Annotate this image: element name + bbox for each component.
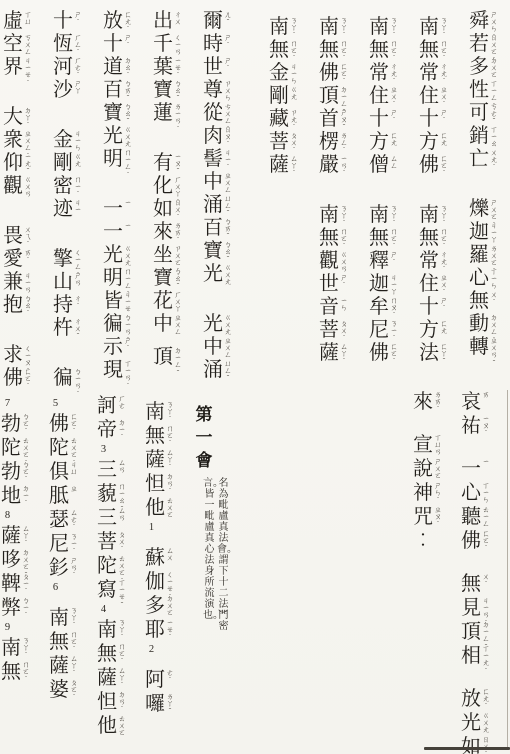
text-column: 十ㄕˊ恆ㄏㄥˊ河ㄏㄜˊ沙ㄕㄚ金ㄐㄧㄣ剛ㄍㄤ密ㄇㄧˋ迹ㄐㄧ擎ㄑㄧㄥˊ山ㄕㄢ持ㄔˊ杵…: [52, 10, 82, 390]
han-char: 頂: [152, 346, 174, 369]
han-char: 南: [368, 204, 390, 227]
han-char: 宣: [412, 433, 434, 457]
char-cell: 蘇ㄙㄨ: [144, 546, 174, 570]
char-cell: 怛ㄉㄢˋ: [96, 690, 126, 714]
han-char: 杵: [52, 317, 74, 340]
han-char: 轉: [468, 336, 490, 359]
han-char: 耶: [144, 618, 166, 642]
zhuyin-annotation: ㄍㄨㄢ: [24, 176, 33, 198]
char-cell: 轉ㄓㄨㄢˇ: [468, 336, 498, 359]
han-char: 持: [52, 294, 74, 317]
char-cell: 三ㄙㄢ: [96, 458, 126, 482]
char-cell: 訶ㄏㄜ: [96, 394, 126, 418]
phrase-gap: [412, 414, 442, 433]
char-cell: 銷ㄒㄧㄠ: [468, 125, 498, 148]
text-column: 南ㄋㄚˊ無ㄇㄛˊ薩ㄙㄚˋ怛ㄉㄢˋ他ㄊㄨㄛ1蘇ㄙㄨ伽ㄑㄧㄝˊ多ㄉㄨㄛ耶ㄧㄝˊ2阿ㄜ…: [144, 390, 174, 716]
zhuyin-annotation: ㄧㄢˊ: [340, 155, 349, 177]
han-char: 衆: [2, 129, 24, 152]
text-column: 南ㄋㄚˊ無ㄇㄛˊ常ㄔㄤˊ住ㄓㄨˋ十ㄕˊ方ㄈㄤ僧ㄙㄥ南ㄋㄚˊ無ㄇㄛˊ釋ㄕˋ迦ㄐㄧㄚ…: [368, 10, 398, 365]
han-char: 擎: [52, 248, 74, 271]
char-cell: 徧ㄅㄧㄢˋ: [102, 313, 132, 336]
zhuyin-annotation: ㄇㄛˊ: [290, 40, 299, 62]
char-cell: 明ㄇㄧㄥˊ: [102, 148, 132, 171]
han-char: 中: [202, 336, 224, 359]
char-cell: 界ㄐㄧㄝˋ: [2, 56, 32, 79]
zhuyin-annotation: ㄆㄨˊ: [118, 531, 127, 553]
char-cell: 哆ㄉㄨㄛˇ: [0, 548, 30, 572]
zhuyin-annotation: ㄐㄧㄣ: [290, 63, 299, 85]
han-char: 薩: [268, 154, 290, 177]
han-char: 金: [52, 129, 74, 152]
han-char: 菩: [318, 319, 340, 342]
zhuyin-annotation: ㄋㄚˊ: [118, 619, 127, 641]
char-cell: 中ㄓㄨㄥ: [202, 336, 232, 359]
char-cell: 南ㄋㄚˊ: [318, 16, 348, 39]
zhuyin-annotation: ㄕˊ: [74, 11, 83, 25]
char-cell: 若ㄖㄨㄛˋ: [468, 33, 498, 56]
char-cell: 觀ㄍㄨㄢ: [2, 175, 32, 198]
han-char: 出: [152, 10, 174, 33]
zhuyin-annotation: ㄌㄥˊ: [340, 132, 349, 154]
char-cell: 寶ㄅㄠˇ: [152, 267, 182, 290]
char-cell: 十ㄕˊ: [418, 296, 448, 319]
han-char: 勃: [0, 412, 22, 436]
han-char: 尊: [202, 79, 224, 102]
han-char: 大: [2, 106, 24, 129]
char-cell: 羅ㄌㄨㄛˊ: [468, 244, 498, 267]
char-cell: 光ㄍㄨㄤ: [202, 313, 232, 336]
char-cell: 阿ㄜˋ: [144, 668, 174, 692]
han-char: 神: [412, 481, 434, 505]
zhuyin-annotation: ㄉㄠˋ: [124, 57, 133, 79]
han-char: 南: [318, 204, 340, 227]
char-cell: 大ㄉㄚˋ: [2, 106, 32, 129]
char-cell: 囉ㄌㄚˇ: [144, 692, 174, 716]
char-cell: 仰ㄧㄤˇ: [2, 152, 32, 175]
char-cell: 寶ㄅㄠˇ: [202, 240, 232, 263]
zhuyin-annotation: ㄧㄝˊ: [166, 619, 175, 641]
han-char: ︰: [412, 529, 434, 553]
commentary-note-column: 言。皆一毗盧真心法身所流演也。︶: [203, 478, 216, 632]
char-cell: 藐ㄇㄧㄠˇ: [96, 482, 126, 506]
zhuyin-annotation: ㄋㄚˊ: [166, 401, 175, 423]
char-cell: 釤ㄕㄢˋ: [48, 556, 78, 580]
han-char: 無: [418, 227, 440, 250]
text-column: 南ㄋㄚˊ無ㄇㄛˊ金ㄐㄧㄣ剛ㄍㄤ藏ㄗㄤˋ菩ㄆㄨˊ薩ㄙㄚˋ: [268, 10, 298, 177]
han-char: 無: [96, 642, 118, 666]
zhuyin-annotation: ㄅㄠˇ: [174, 80, 183, 102]
char-cell: 多ㄉㄨㄛ: [468, 56, 498, 79]
han-char: 爾: [202, 10, 224, 33]
zhuyin-annotation: ㄆㄧˊ: [22, 573, 31, 595]
text-column: 訶ㄏㄜ帝ㄉㄧˋ3三ㄙㄢ藐ㄇㄧㄠˇ三ㄙㄢ菩ㄆㄨˊ陀ㄊㄨㄛˊ寫ㄒㄧㄝˇ4南ㄋㄚˊ無ㄇ…: [96, 390, 126, 738]
char-cell: 寶ㄅㄠˇ: [152, 79, 182, 102]
mantra-phrase-number: 1: [144, 520, 166, 536]
char-cell: 求ㄑㄧㄡˊ: [2, 344, 32, 367]
han-char: 方: [368, 131, 390, 154]
zhuyin-annotation: ㄅㄧˋ: [22, 597, 31, 619]
han-char: 頂: [460, 620, 482, 644]
zhuyin-annotation: ㄒㄧㄤˋ: [482, 645, 491, 674]
han-char: 兼: [2, 271, 24, 294]
han-char: 無: [468, 290, 490, 313]
char-cell: 世ㄕˋ: [318, 273, 348, 296]
char-cell: 百ㄅㄞˇ: [202, 217, 232, 240]
char-cell: 無ㄇㄛˊ: [418, 227, 448, 250]
zhuyin-annotation: ㄒㄩㄢ: [434, 434, 443, 456]
zhuyin-annotation: ㄉㄧˋ: [118, 419, 127, 441]
han-char: 佛: [368, 342, 390, 365]
char-cell: 放ㄈㄤˋ: [460, 687, 490, 711]
han-char: 一: [102, 221, 124, 244]
phrase-gap: [144, 390, 174, 400]
char-cell: 動ㄉㄨㄥˋ: [468, 313, 498, 336]
zhuyin-annotation: ㄙㄢ: [118, 507, 127, 521]
char-cell: 一ㄧ: [460, 457, 490, 481]
char-cell: 菩ㄆㄨˊ: [268, 131, 298, 154]
zhuyin-annotation: ㄈㄛˊ: [390, 343, 399, 365]
char-cell: 畏ㄨㄟˋ: [2, 225, 32, 248]
han-char: 從: [202, 102, 224, 125]
zhuyin-annotation: ㄗㄤˋ: [290, 109, 299, 131]
zhuyin-annotation: ㄋㄚˊ: [440, 205, 449, 227]
char-cell: 觀ㄍㄨㄢ: [318, 250, 348, 273]
han-char: 南: [48, 606, 70, 630]
zhuyin-annotation: ㄕㄢˋ: [70, 557, 79, 579]
han-char: 時: [202, 33, 224, 56]
char-cell: 涌ㄩㄥˇ: [202, 359, 232, 382]
han-char: 哆: [0, 548, 22, 572]
han-char: 十: [418, 108, 440, 131]
zhuyin-annotation: ㄆㄨˊ: [290, 132, 299, 154]
char-cell: 坐ㄗㄨㄛˋ: [152, 244, 182, 267]
zhuyin-annotation: ㄓㄨˋ: [440, 86, 449, 108]
han-char: 無: [460, 572, 482, 596]
zhuyin-annotation: ㄍㄨㄤ: [482, 712, 491, 734]
han-char: 音: [318, 296, 340, 319]
char-cell: 住ㄓㄨˋ: [368, 85, 398, 108]
zhuyin-annotation: ㄓㄨㄢˇ: [490, 337, 499, 366]
char-cell: 無ㄇㄛˊ: [418, 39, 448, 62]
char-cell: 薩ㄙㄚˋ: [96, 666, 126, 690]
section-header-char: 第: [192, 404, 216, 427]
zhuyin-annotation: ㄊㄨㄛ: [118, 715, 127, 737]
han-char: 住: [368, 85, 390, 108]
phrase-gap: [144, 658, 174, 668]
phrase-gap: [192, 390, 230, 404]
char-cell: 住ㄓㄨˋ: [418, 273, 448, 296]
phrase-gap: [460, 553, 490, 572]
zhuyin-annotation: ㄧ: [124, 199, 133, 206]
char-cell: 菩ㄆㄨˊ: [96, 530, 126, 554]
char-cell: 無ㄇㄛˊ: [268, 39, 298, 62]
zhuyin-annotation: ㄙㄚˋ: [70, 655, 79, 677]
zhuyin-annotation: ㄕㄚ: [74, 80, 83, 94]
han-char: 剛: [268, 85, 290, 108]
han-char: 多: [468, 56, 490, 79]
zhuyin-annotation: ㄍㄨㄤ: [124, 245, 133, 267]
han-char: 勃: [0, 460, 22, 484]
char-cell: 如ㄖㄨˊ: [460, 735, 490, 754]
han-char: 南: [418, 204, 440, 227]
char-cell: 光ㄍㄨㄤ: [102, 125, 132, 148]
zhuyin-annotation: ㄔㄤˊ: [440, 251, 449, 273]
char-cell: 婆ㄆㄛˊ: [48, 678, 78, 702]
char-cell: 道ㄉㄠˋ: [102, 56, 132, 79]
char-cell: 弊ㄅㄧˋ: [0, 596, 30, 620]
char-cell: 無ㄇㄛˊ: [48, 630, 78, 654]
char-cell: 南ㄋㄚˊ: [368, 204, 398, 227]
zhuyin-annotation: ㄕˋ: [390, 251, 399, 265]
han-char: 藏: [268, 108, 290, 131]
zhuyin-annotation: ㄏㄨㄚ: [174, 291, 183, 313]
phrase-gap: [48, 596, 78, 606]
char-cell: 常ㄔㄤˊ: [368, 62, 398, 85]
phrase-gap: [418, 177, 448, 204]
zhuyin-annotation: ㄇㄛˊ: [390, 40, 399, 62]
char-cell: 無ㄨˊ: [460, 572, 490, 596]
phrase-gap: [52, 340, 82, 367]
zhuyin-annotation: ㄒㄧㄣ: [482, 482, 491, 504]
han-char: 金: [268, 62, 290, 85]
zhuyin-annotation: ㄏㄜˊ: [74, 57, 83, 79]
char-cell: 三ㄙㄢ: [96, 506, 126, 530]
text-column: 南ㄋㄚˊ無ㄇㄛˊ常ㄔㄤˊ住ㄓㄨˋ十ㄕˊ方ㄈㄤ佛ㄈㄛˊ南ㄋㄚˊ無ㄇㄛˊ常ㄔㄤˊ住ㄓ…: [418, 10, 448, 365]
char-cell: 空ㄎㄨㄥ: [2, 33, 32, 56]
zhuyin-annotation: ㄕㄨㄛ: [434, 458, 443, 480]
char-cell: 藏ㄗㄤˋ: [268, 108, 298, 131]
char-cell: 帝ㄉㄧˋ: [96, 418, 126, 442]
char-cell: 山ㄕㄢ: [52, 271, 82, 294]
char-cell: 心ㄒㄧㄣ: [460, 481, 490, 505]
char-cell: 兼ㄐㄧㄢ: [2, 271, 32, 294]
char-cell: 神ㄕㄣˊ: [412, 481, 442, 505]
sutra-page: 舜ㄕㄨㄣˋ若ㄖㄨㄛˋ多ㄉㄨㄛ性ㄒㄧㄥˋ可ㄎㄜˇ銷ㄒㄧㄠ亡ㄨㄤˊ爍ㄕㄨㄛˋ迦ㄐㄧㄚ…: [0, 0, 510, 754]
commentary-note-column: 名為毗盧真法會。謂下十二法門密: [217, 478, 230, 632]
char-cell: 光ㄍㄨㄤ: [202, 263, 232, 286]
zhuyin-annotation: ㄐㄧㄢ: [24, 272, 33, 294]
han-char: 河: [52, 56, 74, 79]
zhuyin-annotation: ㄌㄞˊ: [174, 222, 183, 244]
char-cell: 南ㄋㄚˊ: [418, 204, 448, 227]
zhuyin-annotation: ㄈㄚˇ: [440, 343, 449, 365]
zhuyin-annotation: ㄧ: [482, 458, 491, 465]
han-char: 觀: [318, 250, 340, 273]
han-char: 亡: [468, 148, 490, 171]
han-char: 沙: [52, 79, 74, 102]
char-cell: 來ㄌㄞˊ: [412, 390, 442, 414]
char-cell: 持ㄔˊ: [52, 294, 82, 317]
text-column: 出ㄔㄨ千ㄑㄧㄢ葉ㄧㄝˋ寶ㄅㄠˇ蓮ㄌㄧㄢˊ有ㄧㄡˇ化ㄏㄨㄚˋ如ㄖㄨˊ來ㄌㄞˊ坐ㄗㄨ…: [152, 10, 182, 369]
zhuyin-annotation: ㄈㄤˋ: [124, 11, 133, 33]
zhuyin-annotation: ㄋㄚˊ: [22, 637, 31, 659]
zhuyin-annotation: ㄓㄨㄥ: [174, 314, 183, 336]
zhuyin-annotation: ㄨˊ: [490, 291, 499, 305]
mantra-phrase-number: 2: [144, 642, 166, 658]
char-cell: 迦ㄐㄧㄚ: [368, 273, 398, 296]
han-char: 薩: [96, 666, 118, 690]
zhuyin-annotation: ㄧㄡˋ: [482, 415, 491, 437]
han-char: 薩: [48, 654, 70, 678]
zhuyin-annotation: ㄉㄢˋ: [118, 691, 127, 713]
zhuyin-annotation: ㄙㄚˋ: [340, 343, 349, 365]
zhuyin-annotation: ㄕˋ: [340, 274, 349, 288]
zhuyin-annotation: ㄞˋ: [24, 249, 33, 263]
han-char: 心: [468, 267, 490, 290]
char-cell: 虛ㄒㄩ: [2, 10, 32, 33]
han-char: 羅: [468, 244, 490, 267]
han-char: 常: [418, 250, 440, 273]
char-cell: 勃ㄅㄛˊ: [0, 460, 30, 484]
han-char: 光: [102, 244, 124, 267]
han-char: 祐: [460, 414, 482, 438]
char-cell: 薩ㄙㄚˋ: [268, 154, 298, 177]
zhuyin-annotation: ㄉㄨㄛ: [490, 57, 499, 79]
char-cell: 無ㄇㄛˊ: [144, 424, 174, 448]
text-column: 南ㄋㄚˊ無ㄇㄛˊ佛ㄈㄛˊ頂ㄉㄧㄥˇ首ㄕㄡˇ楞ㄌㄥˊ嚴ㄧㄢˊ南ㄋㄚˊ無ㄇㄛˊ觀ㄍㄨ…: [318, 10, 348, 365]
char-cell: 光ㄍㄨㄤ: [460, 711, 490, 735]
text-column: 爾ㄦˇ時ㄕˊ世ㄕˋ尊ㄗㄨㄣ從ㄘㄨㄥˊ肉ㄖㄡˋ髻ㄐㄧˋ中ㄓㄨㄥ涌ㄩㄥˇ百ㄅㄞˇ寶ㄅ…: [202, 10, 232, 382]
char-cell: 中ㄓㄨㄥ: [152, 313, 182, 336]
zhuyin-annotation: ㄐㄧㄚ: [390, 274, 399, 296]
char-cell: 河ㄏㄜˊ: [52, 56, 82, 79]
han-char: 南: [268, 16, 290, 39]
char-cell: 示ㄕˋ: [102, 336, 132, 359]
char-cell: 無ㄇㄛˊ: [0, 660, 30, 684]
char-cell: 耶ㄧㄝˊ: [144, 618, 174, 642]
zhuyin-annotation: ㄌㄚˇ: [166, 693, 175, 715]
han-char: 蘇: [144, 546, 166, 570]
char-cell: 千ㄑㄧㄢ: [152, 33, 182, 56]
han-char: 住: [418, 85, 440, 108]
char-cell: 鞞ㄆㄧˊ: [0, 572, 30, 596]
han-char: 陀: [48, 436, 70, 460]
han-char: 薩: [0, 524, 22, 548]
han-char: 光: [460, 711, 482, 735]
zhuyin-annotation: ㄇㄡˊ: [390, 297, 399, 319]
han-char: 坐: [152, 244, 174, 267]
zhuyin-annotation: ㄔㄤˊ: [440, 63, 449, 85]
han-char: 百: [102, 79, 124, 102]
top-band: 舜ㄕㄨㄣˋ若ㄖㄨㄛˋ多ㄉㄨㄛ性ㄒㄧㄥˋ可ㄎㄜˇ銷ㄒㄧㄠ亡ㄨㄤˊ爍ㄕㄨㄛˋ迦ㄐㄧㄚ…: [0, 0, 510, 382]
zhuyin-annotation: ㄙㄢ: [118, 459, 127, 473]
zhuyin-annotation: ㄙㄜˋ: [70, 509, 79, 531]
zhuyin-annotation: ㄔㄨˇ: [74, 318, 83, 340]
han-char: 世: [202, 56, 224, 79]
han-char: 十: [418, 296, 440, 319]
phrase-gap: [52, 221, 82, 248]
char-cell: 怛ㄉㄢˋ: [144, 472, 174, 496]
zhuyin-annotation: ㄑㄧㄢ: [174, 34, 183, 56]
han-char: 爍: [468, 198, 490, 221]
han-char: 無: [368, 227, 390, 250]
zhuyin-annotation: ㄌㄞˊ: [434, 391, 443, 413]
char-cell: 薩ㄙㄚˋ: [318, 342, 348, 365]
zhuyin-annotation: ㄙㄥ: [390, 155, 399, 169]
han-char: 放: [460, 687, 482, 711]
char-cell: 剛ㄍㄤ: [268, 85, 298, 108]
char-cell: 僧ㄙㄥ: [368, 154, 398, 177]
han-char: 藐: [96, 482, 118, 506]
han-char: 無: [48, 630, 70, 654]
han-char: 無: [144, 424, 166, 448]
zhuyin-annotation: ㄇㄛˊ: [70, 631, 79, 653]
zhuyin-annotation: ㄈㄛˊ: [70, 413, 79, 435]
han-char: 菩: [96, 530, 118, 554]
zhuyin-annotation: ㄕˊ: [124, 34, 133, 48]
han-char: 迦: [468, 221, 490, 244]
han-char: 十: [368, 108, 390, 131]
char-cell: 皆ㄐㄧㄝ: [102, 290, 132, 313]
han-char: 鞞: [0, 572, 22, 596]
char-cell: 十ㄕˊ: [418, 108, 448, 131]
char-cell: 哀ㄞ: [460, 390, 490, 414]
zhuyin-annotation: ㄧㄝˋ: [174, 57, 183, 79]
char-cell: 佛ㄈㄛˊ: [48, 412, 78, 436]
char-cell: 他ㄊㄨㄛ: [144, 496, 174, 520]
char-cell: 胝ㄓ: [48, 484, 78, 508]
char-cell: 南ㄋㄚˊ: [144, 400, 174, 424]
han-char: 三: [96, 506, 118, 530]
han-char: 三: [96, 458, 118, 482]
han-char: 南: [96, 618, 118, 642]
char-cell: 爍ㄕㄨㄛˋ: [468, 198, 498, 221]
zhuyin-annotation: ㄅㄛˊ: [22, 413, 31, 435]
mantra-phrase-number: 4: [96, 602, 118, 618]
zhuyin-annotation: ㄕˊ: [390, 109, 399, 123]
zhuyin-annotation: ㄏㄜ: [118, 395, 127, 409]
han-char: 南: [144, 400, 166, 424]
han-char: 無: [318, 39, 340, 62]
zhuyin-annotation: ㄩㄥˇ: [224, 360, 233, 382]
char-cell: 他ㄊㄨㄛ: [96, 714, 126, 738]
han-char: 涌: [202, 194, 224, 217]
char-cell: 百ㄅㄞˇ: [102, 79, 132, 102]
zhuyin-annotation: ㄅㄞˇ: [224, 218, 233, 240]
han-char: 十: [52, 10, 74, 33]
zhuyin-annotation: ㄌㄧㄢˊ: [174, 103, 183, 132]
zhuyin-annotation: ㄓㄨˋ: [390, 86, 399, 108]
zhuyin-annotation: ㄒㄩ: [24, 11, 33, 25]
han-char: 佛: [460, 529, 482, 553]
han-char: 現: [102, 359, 124, 382]
char-cell: 頂ㄉㄧㄥˇ: [318, 85, 348, 108]
text-column: 哀ㄞ祐ㄧㄡˋ一ㄧ心ㄒㄧㄣ聽ㄊㄧㄥ佛ㄈㄛˊ無ㄨˊ見ㄐㄧㄢˋ頂ㄉㄧㄥˇ相ㄒㄧㄤˋ放ㄈ…: [460, 390, 490, 754]
zhuyin-annotation: ㄅㄞˇ: [124, 80, 133, 102]
char-cell: 舜ㄕㄨㄣˋ: [468, 10, 498, 33]
text-column: 5佛ㄈㄛˊ陀ㄊㄨㄛˊ俱ㄐㄩ胝ㄓ瑟ㄙㄜˋ尼ㄋㄧˊ釤ㄕㄢˋ6南ㄋㄚˊ無ㄇㄛˊ薩ㄙㄚˋ…: [48, 390, 78, 702]
han-char: 道: [102, 56, 124, 79]
han-char: 世: [318, 273, 340, 296]
char-cell: 杵ㄔㄨˇ: [52, 317, 82, 340]
char-cell: 佛ㄈㄛˊ: [418, 154, 448, 177]
char-cell: 楞ㄌㄥˊ: [318, 131, 348, 154]
zhuyin-annotation: ㄗㄨㄣ: [224, 80, 233, 102]
han-char: 楞: [318, 131, 340, 154]
zhuyin-annotation: ㄋㄚˊ: [390, 17, 399, 39]
han-char: 地: [0, 484, 22, 508]
char-cell: 從ㄘㄨㄥˊ: [202, 102, 232, 125]
zhuyin-annotation: ㄓㄡˋ: [434, 506, 443, 528]
han-char: 中: [202, 171, 224, 194]
zhuyin-annotation: ㄇㄛˊ: [340, 40, 349, 62]
han-char: 尼: [368, 319, 390, 342]
han-char: 南: [418, 16, 440, 39]
han-char: 性: [468, 79, 490, 102]
han-char: 方: [418, 131, 440, 154]
zhuyin-annotation: ㄈㄤ: [440, 132, 449, 146]
han-char: 佛: [48, 412, 70, 436]
